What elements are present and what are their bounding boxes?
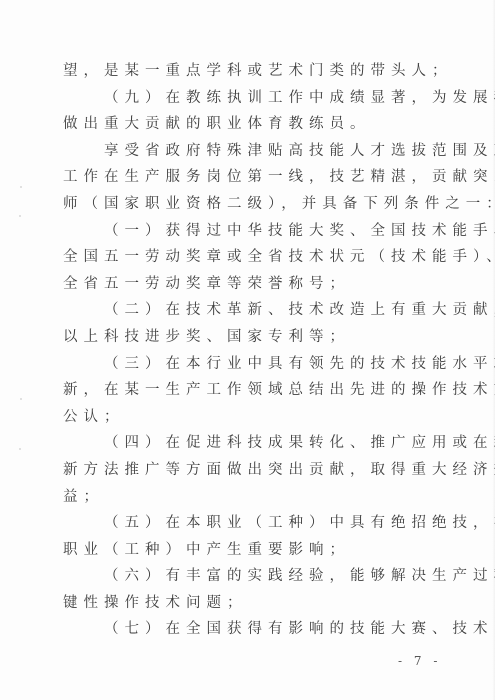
scan-speck [19,448,21,450]
text-line-5: 工作在生产服务岗位第一线，技艺精湛，贡献突出，一般应为技 [63,164,435,191]
text-line-20: （六）有丰富的实践经验，能够解决生产过程中的重点或关 [63,563,435,590]
text-line-17: 益； [63,484,435,511]
text-line-2: （九）在教练执训工作中成绩显著，为发展我省体育事业 [63,85,435,112]
text-line-21: 键性操作技术问题； [63,590,435,617]
text-line-3: 做出重大贡献的职业体育教练员。 [63,111,435,138]
text-line-6: 师（国家职业资格二级），并具备下列条件之一： [63,191,435,218]
text-line-4: 享受省政府特殊津贴高技能人才选拔范围及对象为：长期 [63,138,435,165]
text-line-14: 公认； [63,404,435,431]
text-line-12: （三）在本行业中具有领先的技术技能水平或有重大技术革 [63,351,435,378]
text-line-13: 新，在某一生产工作领域总结出先进的操作技术方法并为同行业 [63,377,435,404]
text-line-11: 以上科技进步奖、国家专利等； [63,324,435,351]
text-line-9: 全省五一劳动奖章等荣誉称号； [63,271,435,298]
document-page: 望，是某一重点学科或艺术门类的带头人； （九）在教练执训工作中成绩显著，为发展我… [0,0,495,700]
text-line-22: （七）在全国获得有影响的技能大赛、技术比武等奖项，为 [63,616,435,643]
text-line-1: 望，是某一重点学科或艺术门类的带头人； [63,58,435,85]
document-body: 望，是某一重点学科或艺术门类的带头人； （九）在教练执训工作中成绩显著，为发展我… [63,58,435,643]
text-line-7: （一）获得过中华技能大奖、全国技术能手、全国劳动模范、 [63,218,435,245]
text-line-10: （二）在技术革新、技术改造上有重大贡献，获得过省部级 [63,297,435,324]
text-line-8: 全国五一劳动奖章或全省技术状元（技术能手）、全省劳动模范、 [63,244,435,271]
scan-speck [20,186,22,188]
scan-speck [19,215,21,217]
scan-speck [20,398,22,400]
text-line-19: 职业（工种）中产生重要影响； [63,537,435,564]
text-line-18: （五）在本职业（工种）中具有绝招绝技，在国内省内同类 [63,510,435,537]
page-number: - 7 - [398,654,441,668]
text-line-16: 新方法推广等方面做出突出贡献，取得重大经济效益和社会效 [63,457,435,484]
text-line-15: （四）在促进科技成果转化、推广应用或在新技术、新工艺、 [63,430,435,457]
